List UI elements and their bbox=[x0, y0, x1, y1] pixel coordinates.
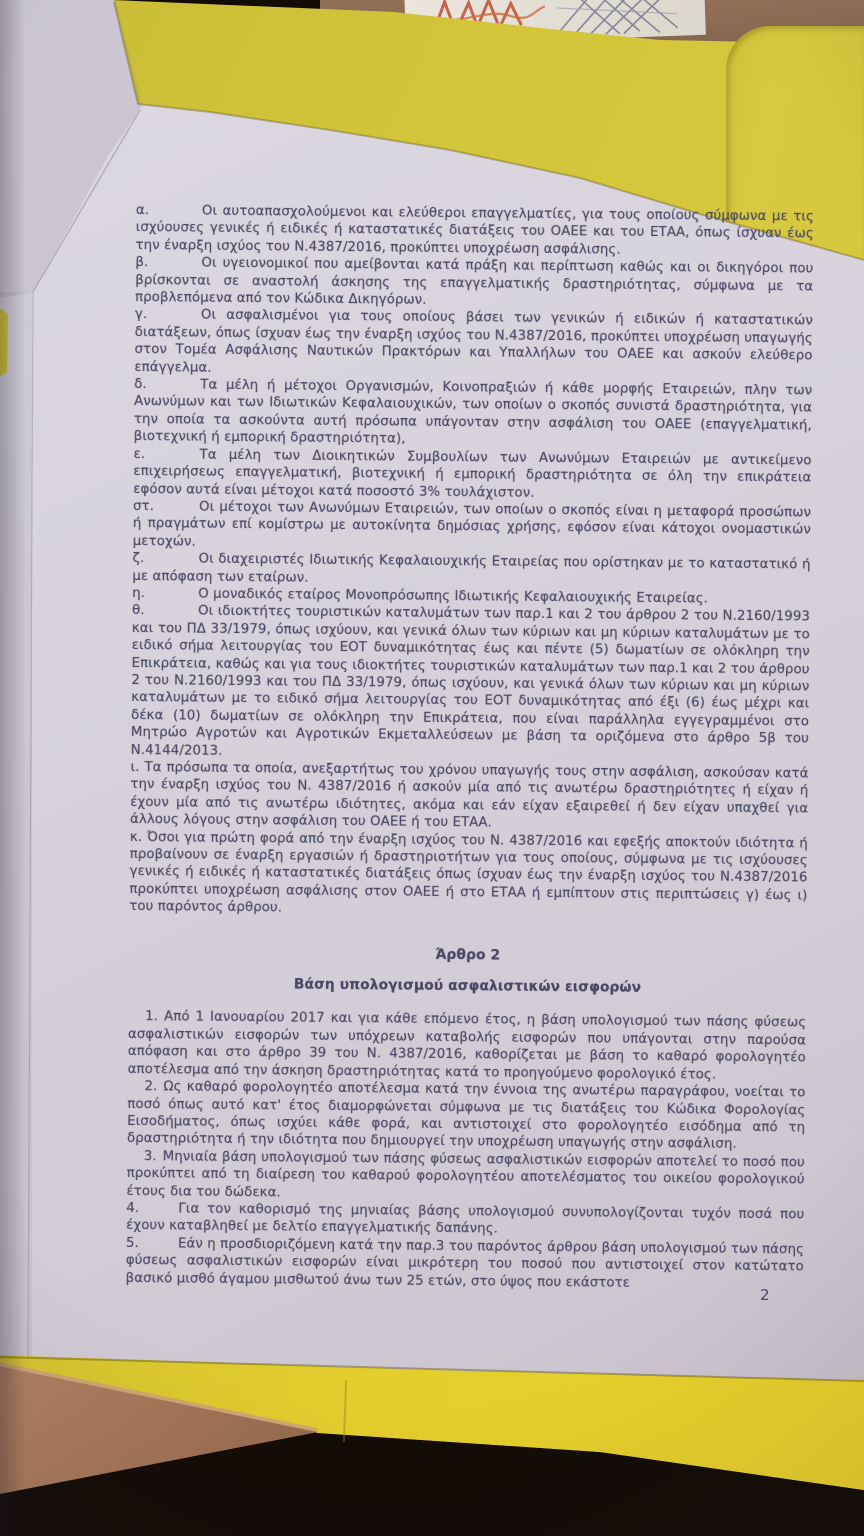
paragraph-label: δ. bbox=[134, 376, 200, 394]
lettered-paragraph: ε.Τα μέλη των Διοικητικών Συμβουλίων των… bbox=[133, 446, 811, 505]
page-number: 2 bbox=[760, 1286, 770, 1304]
pencil-line bbox=[557, 4, 677, 18]
lettered-paragraph: β.Οι υγειονομικοί που αμείβονται κατά πρ… bbox=[135, 254, 813, 313]
numbered-paragraph: 5.Εάν η προσδιοριζόμενη κατά την παρ.3 τ… bbox=[126, 1235, 804, 1294]
numbered-paragraph: 3.Μηνιαία βάση υπολογισμού των πάσης φύσ… bbox=[126, 1148, 804, 1207]
paragraph-label: θ. bbox=[132, 602, 198, 620]
paragraph-text: Οι αυτοαπασχολούμενοι και ελεύθεροι επαγ… bbox=[136, 204, 814, 258]
paragraph-text: Ως καθαρό φορολογητέο αποτέλεσμα κατά τη… bbox=[127, 1079, 806, 1152]
paragraph-label: ι. bbox=[130, 760, 139, 775]
paragraph-label: η. bbox=[132, 585, 198, 603]
paragraph-label: 4. bbox=[126, 1200, 178, 1218]
paragraph-text: Μηνιαία βάση υπολογισμού των πάσης φύσεω… bbox=[126, 1149, 804, 1200]
paragraph-text: Τα μέλη των Διοικητικών Συμβουλίων των Α… bbox=[133, 447, 811, 500]
lettered-paragraph: κ.Όσοι για πρώτη φορά από την έναρξη ισχ… bbox=[129, 829, 808, 923]
paragraph-text: Όσοι για πρώτη φορά από την έναρξη ισχύο… bbox=[129, 830, 808, 916]
paragraph-text: Οι διαχειριστές Ιδιωτικής Κεφαλαιουχικής… bbox=[132, 552, 810, 585]
article-heading: Άρθρο 2 bbox=[129, 944, 807, 968]
paragraph-label: 2. bbox=[144, 1079, 157, 1094]
paragraph-text: Οι ιδιοκτήτες τουριστικών καταλυμάτων τω… bbox=[131, 604, 810, 758]
paragraph-label: β. bbox=[135, 254, 201, 272]
lettered-paragraph: ι.Τα πρόσωπα τα οποία, ανεξαρτήτως του χ… bbox=[130, 759, 809, 835]
paragraph-text: Τα πρόσωπα τα οποία, ανεξαρτήτως του χρό… bbox=[130, 760, 809, 831]
paragraph-text: Από 1 Ιανουαρίου 2017 και για κάθε επόμε… bbox=[128, 1010, 807, 1083]
paragraph-label: 5. bbox=[126, 1235, 178, 1253]
document-photo: α.Οι αυτοαπασχολούμενοι και ελεύθεροι επ… bbox=[0, 0, 864, 1536]
paragraph-label: 1. bbox=[145, 1010, 158, 1025]
paragraph-text: Οι μέτοχοι των Ανωνύμων Εταιρειών, των ο… bbox=[133, 500, 811, 550]
paragraph-label: γ. bbox=[135, 306, 201, 324]
paragraph-text: Για τον καθορισμό της μηνιαίας βάσης υπο… bbox=[126, 1201, 804, 1236]
lettered-paragraph: α.Οι αυτοαπασχολούμενοι και ελεύθεροι επ… bbox=[135, 202, 813, 261]
paragraph-label: κ. bbox=[130, 830, 142, 845]
lettered-paragraph: θ.Οι ιδιοκτήτες τουριστικών καταλυμάτων … bbox=[131, 602, 810, 765]
article-subheading: Βάση υπολογισμού ασφαλιστικών εισφορών bbox=[128, 975, 806, 999]
paragraph-label: ζ. bbox=[132, 550, 198, 568]
paragraph-label: α. bbox=[136, 202, 202, 220]
numbered-paragraph: 2.Ως καθαρό φορολογητέο αποτέλεσμα κατά … bbox=[127, 1078, 806, 1154]
paragraph-text: Τα μέλη ή μέτοχοι Οργανισμών, Κοινοπραξι… bbox=[134, 378, 813, 447]
paragraph-label: ε. bbox=[133, 446, 199, 464]
lettered-paragraph: γ.Οι ασφαλισμένοι για τους οποίους βάσει… bbox=[134, 306, 813, 382]
lettered-paragraph: στ.Οι μέτοχοι των Ανωνύμων Εταιρειών, τω… bbox=[133, 498, 811, 557]
paragraph-label: στ. bbox=[133, 498, 199, 516]
numbered-paragraph: 1.Από 1 Ιανουαρίου 2017 και για κάθε επό… bbox=[128, 1008, 807, 1084]
lettered-paragraph: δ.Τα μέλη ή μέτοχοι Οργανισμών, Κοινοπρα… bbox=[134, 376, 813, 452]
paragraph-label: 3. bbox=[144, 1149, 157, 1164]
paragraph-text: Οι υγειονομικοί που αμείβονται κατά πράξ… bbox=[135, 256, 813, 308]
paragraph-text: Οι ασφαλισμένοι για τους οποίους βάσει τ… bbox=[134, 308, 813, 375]
document-text: α.Οι αυτοαπασχολούμενοι και ελεύθεροι επ… bbox=[126, 202, 814, 1293]
paragraph-text: Εάν η προσδιοριζόμενη κατά την παρ.3 του… bbox=[126, 1236, 804, 1290]
